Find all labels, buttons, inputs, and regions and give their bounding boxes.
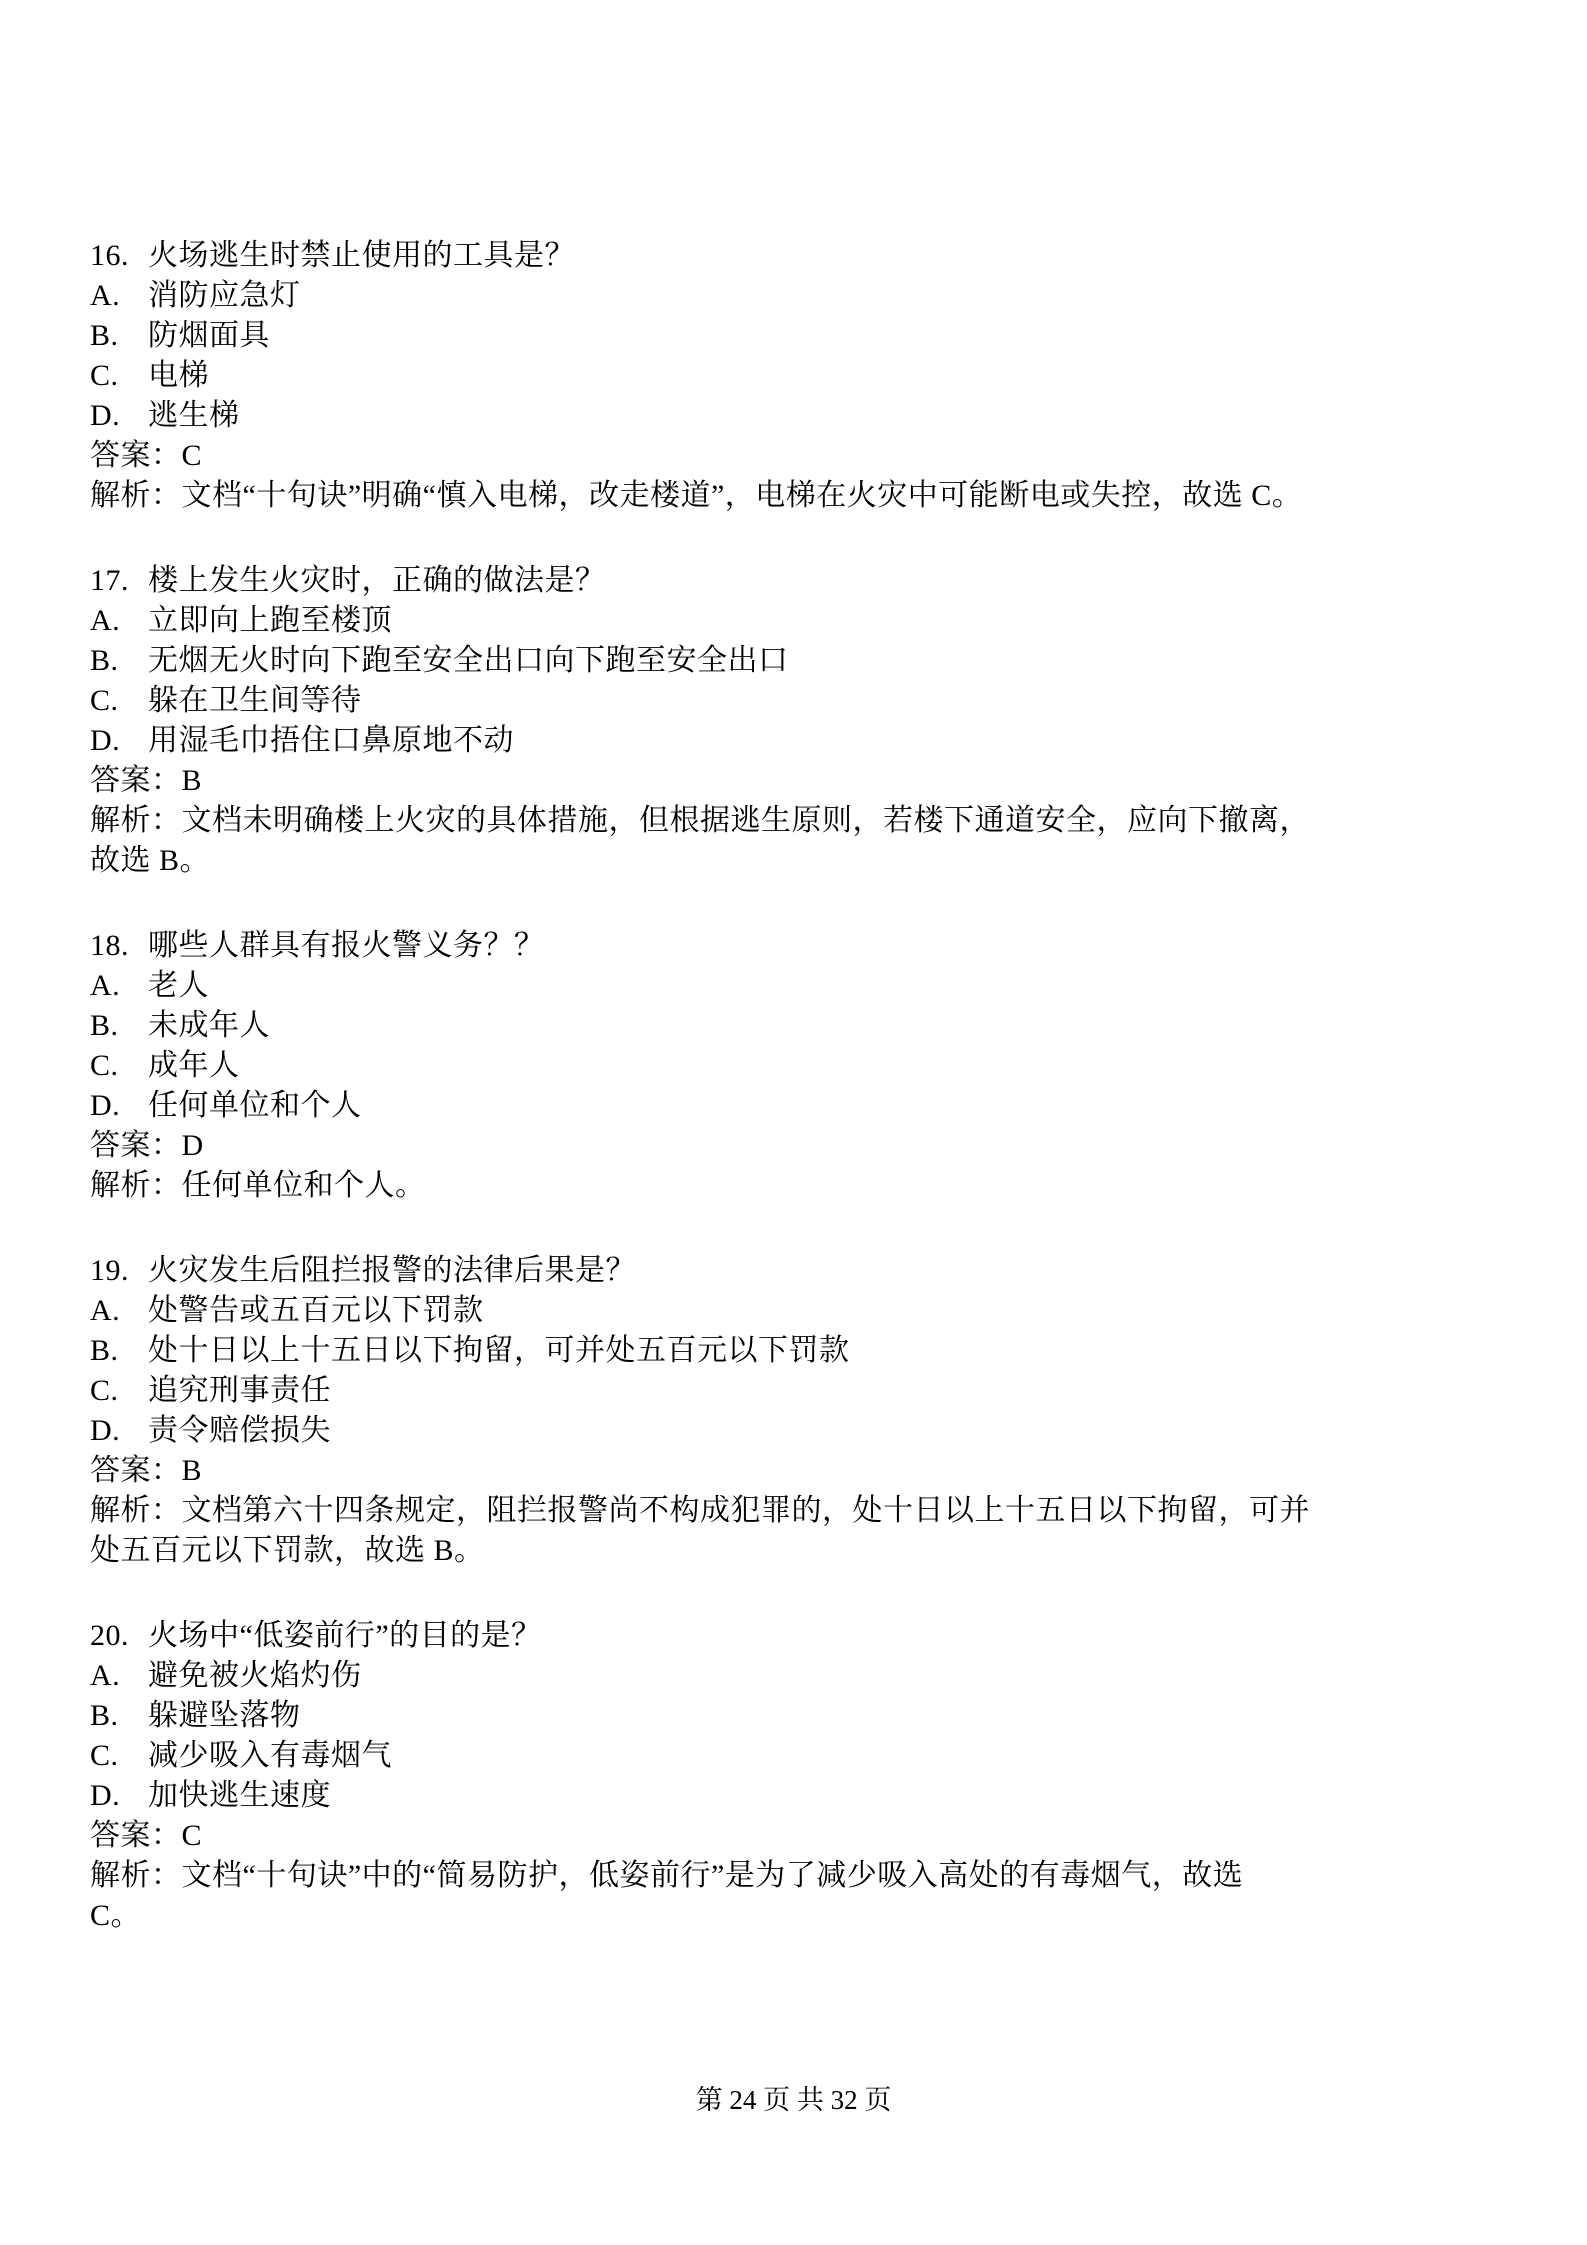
- explanation-text: 文档第六十四条规定，阻拦报警尚不构成犯罪的，处十日以上十五日以下拘留，可并: [182, 1494, 1311, 1527]
- option-text: 用湿毛巾捂住口鼻原地不动: [148, 724, 514, 757]
- answer-value: C: [182, 1819, 203, 1852]
- explanation-text: 文档未明确楼上火灾的具体措施，但根据逃生原则，若楼下通道安全，应向下撤离，: [182, 804, 1311, 837]
- explanation-label: 解析：: [90, 1169, 182, 1202]
- explanation-line-2: 处五百元以下罚款，故选 B。: [90, 1531, 1390, 1571]
- explanation-text: 任何单位和个人。: [182, 1169, 426, 1202]
- explanation-line-2: 故选 B。: [90, 841, 1390, 881]
- explanation-line: 解析：任何单位和个人。: [90, 1166, 1390, 1206]
- option-label: C.: [90, 1736, 148, 1776]
- explanation-line: 解析：文档“十句诀”中的“简易防护，低姿前行”是为了减少吸入高处的有毒烟气，故选: [90, 1856, 1390, 1896]
- option-d: D.用湿毛巾捂住口鼻原地不动: [90, 721, 1390, 761]
- explanation-label: 解析：: [90, 1494, 182, 1527]
- question-18: 18.哪些人群具有报火警义务？？ A.老人 B.未成年人 C.成年人 D.任何单…: [90, 926, 1390, 1206]
- question-text: 火场逃生时禁止使用的工具是？: [148, 239, 575, 272]
- answer-value: C: [182, 439, 203, 472]
- explanation-label: 解析：: [90, 479, 182, 512]
- option-text: 老人: [148, 969, 209, 1002]
- option-b: B.防烟面具: [90, 316, 1390, 356]
- document-page: 16.火场逃生时禁止使用的工具是？ A.消防应急灯 B.防烟面具 C.电梯 D.…: [0, 0, 1587, 2245]
- explanation-text: 文档“十句诀”中的“简易防护，低姿前行”是为了减少吸入高处的有毒烟气，故选: [182, 1859, 1244, 1892]
- answer-label: 答案：: [90, 764, 182, 797]
- option-label: B.: [90, 1696, 148, 1736]
- option-label: A.: [90, 601, 148, 641]
- question-title: 16.火场逃生时禁止使用的工具是？: [90, 236, 1390, 276]
- option-text: 无烟无火时向下跑至安全出口向下跑至安全出口: [148, 644, 789, 677]
- question-number: 17.: [90, 561, 148, 601]
- option-label: D.: [90, 721, 148, 761]
- option-b: B.未成年人: [90, 1006, 1390, 1046]
- option-d: D.任何单位和个人: [90, 1086, 1390, 1126]
- option-label: C.: [90, 681, 148, 721]
- option-d: D.责令赔偿损失: [90, 1411, 1390, 1451]
- answer-value: D: [182, 1129, 204, 1162]
- question-text: 哪些人群具有报火警义务？？: [148, 929, 545, 962]
- option-label: D.: [90, 1776, 148, 1816]
- option-label: D.: [90, 1411, 148, 1451]
- answer-value: B: [182, 764, 203, 797]
- explanation-text: 文档“十句诀”明确“慎入电梯，改走楼道”，电梯在火灾中可能断电或失控，故选 C。: [182, 479, 1303, 512]
- option-text: 任何单位和个人: [148, 1089, 362, 1122]
- explanation-label: 解析：: [90, 1859, 182, 1892]
- option-label: B.: [90, 1006, 148, 1046]
- option-text: 防烟面具: [148, 319, 270, 352]
- answer-line: 答案：B: [90, 761, 1390, 801]
- question-20: 20.火场中“低姿前行”的目的是？ A.避免被火焰灼伤 B.躲避坠落物 C.减少…: [90, 1616, 1390, 1936]
- option-b: B.躲避坠落物: [90, 1696, 1390, 1736]
- explanation-label: 解析：: [90, 804, 182, 837]
- question-title: 19.火灾发生后阻拦报警的法律后果是？: [90, 1251, 1390, 1291]
- answer-line: 答案：C: [90, 436, 1390, 476]
- option-text: 成年人: [148, 1049, 240, 1082]
- option-b: B.无烟无火时向下跑至安全出口向下跑至安全出口: [90, 641, 1390, 681]
- question-text: 火灾发生后阻拦报警的法律后果是？: [148, 1254, 636, 1287]
- option-c: C.减少吸入有毒烟气: [90, 1736, 1390, 1776]
- answer-line: 答案：B: [90, 1451, 1390, 1491]
- option-label: B.: [90, 641, 148, 681]
- option-text: 躲在卫生间等待: [148, 684, 362, 717]
- option-label: A.: [90, 276, 148, 316]
- answer-value: B: [182, 1454, 203, 1487]
- explanation-line: 解析：文档“十句诀”明确“慎入电梯，改走楼道”，电梯在火灾中可能断电或失控，故选…: [90, 476, 1390, 516]
- question-text: 楼上发生火灾时，正确的做法是？: [148, 564, 606, 597]
- answer-label: 答案：: [90, 1819, 182, 1852]
- explanation-text: 故选 B。: [90, 844, 210, 877]
- option-text: 加快逃生速度: [148, 1779, 331, 1812]
- question-17: 17.楼上发生火灾时，正确的做法是？ A.立即向上跑至楼顶 B.无烟无火时向下跑…: [90, 561, 1390, 881]
- option-text: 避免被火焰灼伤: [148, 1659, 362, 1692]
- question-number: 19.: [90, 1251, 148, 1291]
- option-text: 处十日以上十五日以下拘留，可并处五百元以下罚款: [148, 1334, 850, 1367]
- option-a: A.立即向上跑至楼顶: [90, 601, 1390, 641]
- option-label: D.: [90, 1086, 148, 1126]
- option-c: C.躲在卫生间等待: [90, 681, 1390, 721]
- option-text: 消防应急灯: [148, 279, 301, 312]
- option-b: B.处十日以上十五日以下拘留，可并处五百元以下罚款: [90, 1331, 1390, 1371]
- answer-line: 答案：D: [90, 1126, 1390, 1166]
- option-label: D.: [90, 396, 148, 436]
- question-number: 20.: [90, 1616, 148, 1656]
- option-d: D.逃生梯: [90, 396, 1390, 436]
- option-label: A.: [90, 1291, 148, 1331]
- answer-label: 答案：: [90, 1454, 182, 1487]
- question-number: 16.: [90, 236, 148, 276]
- option-text: 未成年人: [148, 1009, 270, 1042]
- question-title: 17.楼上发生火灾时，正确的做法是？: [90, 561, 1390, 601]
- option-c: C.电梯: [90, 356, 1390, 396]
- option-text: 减少吸入有毒烟气: [148, 1739, 392, 1772]
- option-text: 处警告或五百元以下罚款: [148, 1294, 484, 1327]
- option-label: A.: [90, 1656, 148, 1696]
- explanation-line-2: C。: [90, 1896, 1390, 1936]
- option-text: 立即向上跑至楼顶: [148, 604, 392, 637]
- option-a: A.处警告或五百元以下罚款: [90, 1291, 1390, 1331]
- answer-label: 答案：: [90, 1129, 182, 1162]
- option-label: B.: [90, 1331, 148, 1371]
- answer-label: 答案：: [90, 439, 182, 472]
- option-text: 责令赔偿损失: [148, 1414, 331, 1447]
- explanation-line: 解析：文档未明确楼上火灾的具体措施，但根据逃生原则，若楼下通道安全，应向下撤离，: [90, 801, 1390, 841]
- question-title: 20.火场中“低姿前行”的目的是？: [90, 1616, 1390, 1656]
- option-a: A.消防应急灯: [90, 276, 1390, 316]
- option-a: A.老人: [90, 966, 1390, 1006]
- answer-line: 答案：C: [90, 1816, 1390, 1856]
- page-footer: 第 24 页 共 32 页: [0, 2083, 1587, 2117]
- explanation-text: C。: [90, 1899, 141, 1932]
- option-c: C.追究刑事责任: [90, 1371, 1390, 1411]
- option-text: 逃生梯: [148, 399, 240, 432]
- question-19: 19.火灾发生后阻拦报警的法律后果是？ A.处警告或五百元以下罚款 B.处十日以…: [90, 1251, 1390, 1571]
- option-text: 躲避坠落物: [148, 1699, 301, 1732]
- explanation-text: 处五百元以下罚款，故选 B。: [90, 1534, 485, 1567]
- option-text: 电梯: [148, 359, 209, 392]
- question-text: 火场中“低姿前行”的目的是？: [148, 1619, 542, 1652]
- quiz-content: 16.火场逃生时禁止使用的工具是？ A.消防应急灯 B.防烟面具 C.电梯 D.…: [90, 236, 1390, 1981]
- option-a: A.避免被火焰灼伤: [90, 1656, 1390, 1696]
- explanation-line: 解析：文档第六十四条规定，阻拦报警尚不构成犯罪的，处十日以上十五日以下拘留，可并: [90, 1491, 1390, 1531]
- option-c: C.成年人: [90, 1046, 1390, 1086]
- question-16: 16.火场逃生时禁止使用的工具是？ A.消防应急灯 B.防烟面具 C.电梯 D.…: [90, 236, 1390, 516]
- option-label: C.: [90, 356, 148, 396]
- option-label: A.: [90, 966, 148, 1006]
- question-title: 18.哪些人群具有报火警义务？？: [90, 926, 1390, 966]
- page-number-text: 第 24 页 共 32 页: [696, 2085, 892, 2115]
- option-d: D.加快逃生速度: [90, 1776, 1390, 1816]
- option-label: C.: [90, 1046, 148, 1086]
- question-number: 18.: [90, 926, 148, 966]
- option-text: 追究刑事责任: [148, 1374, 331, 1407]
- option-label: B.: [90, 316, 148, 356]
- option-label: C.: [90, 1371, 148, 1411]
